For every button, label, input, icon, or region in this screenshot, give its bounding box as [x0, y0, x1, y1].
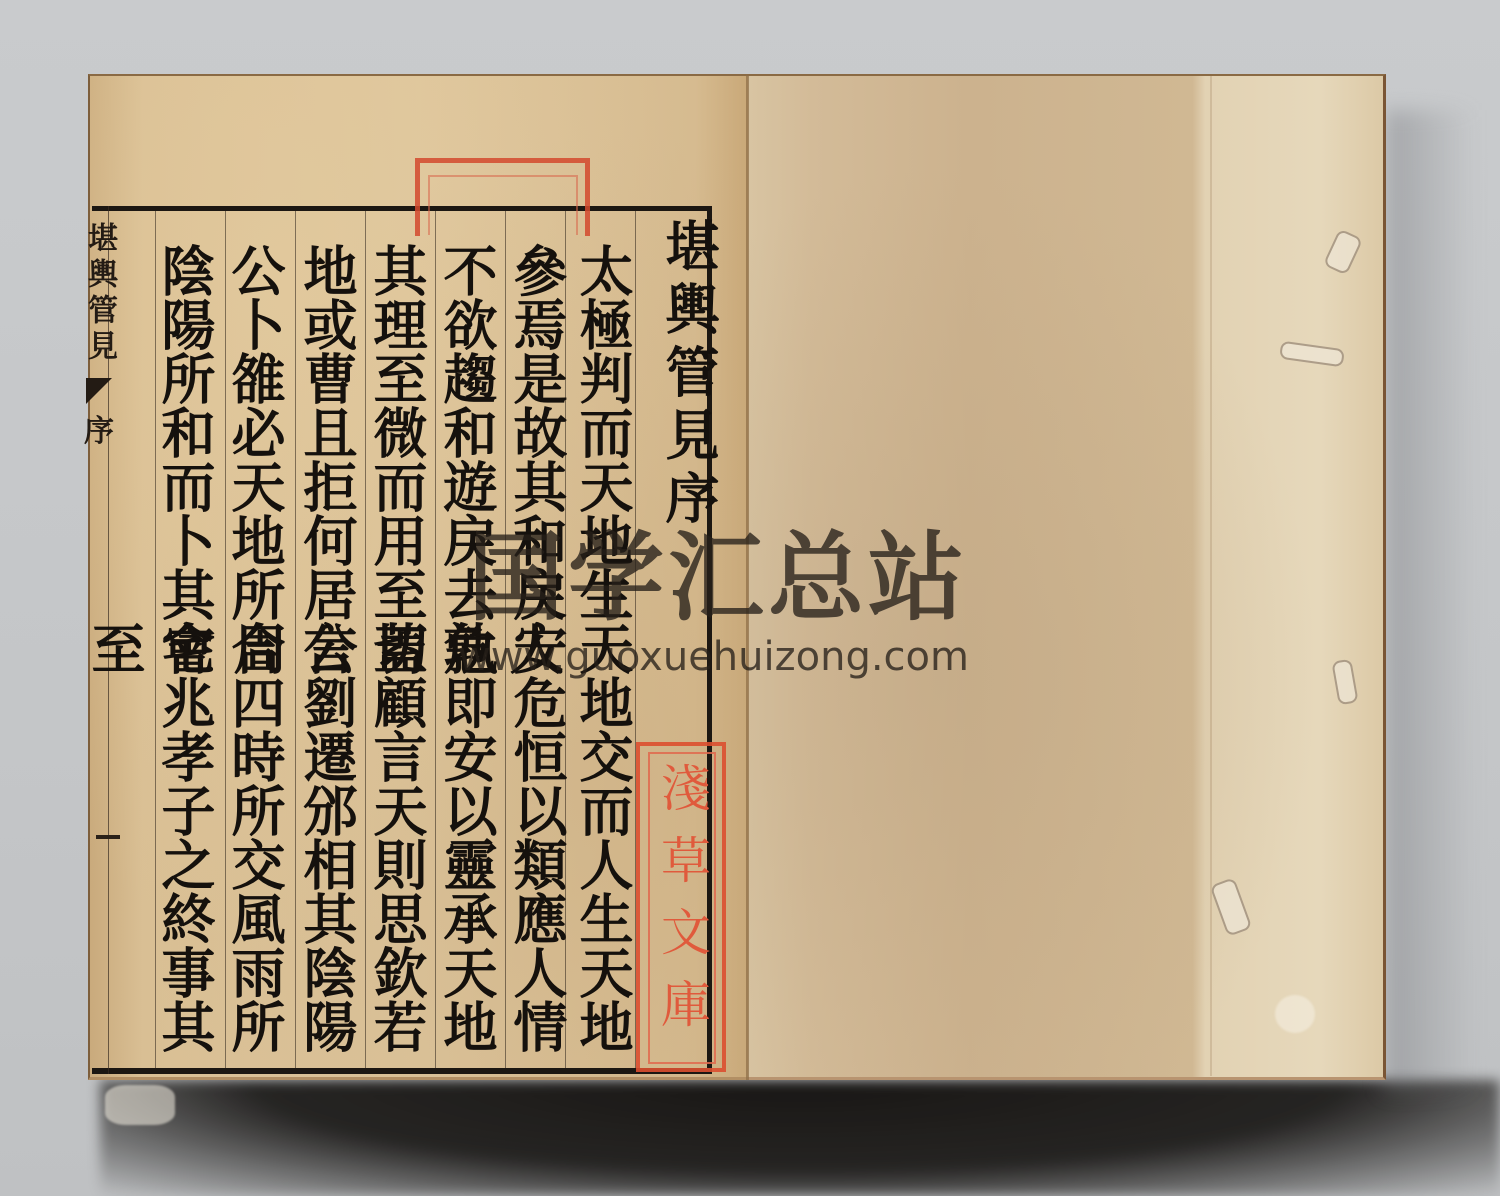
- column-text: 堪輿管見序: [650, 218, 720, 533]
- book-shadow-right: [1385, 110, 1475, 1090]
- watermark-url: www.guoxuehuizong.com: [458, 634, 1078, 680]
- column-text: 公卜雒必天地所合四時所交風雨所會: [220, 218, 290, 1078]
- column-text: 地或曹且拒何居公劉遷邠相其陰陽周: [292, 218, 362, 1078]
- endpaper-fold: [1210, 76, 1212, 1076]
- banxin-section: 序: [84, 412, 114, 452]
- text-column: 其理至微而用至切顧言天則思欽若言: [362, 218, 432, 1078]
- column-text: 其理至微而用至切顧言天則思欽若言: [362, 218, 432, 1078]
- fish-tail-mark-icon: [86, 378, 112, 404]
- text-column: 公卜雒必天地所合四時所交風雨所會: [220, 218, 290, 1078]
- text-column: 地或曹且拒何居公劉遷邠相其陰陽周: [292, 218, 362, 1078]
- library-seal-text: 淺草文庫: [650, 762, 714, 1050]
- banxin-title: 堪輿管見: [79, 222, 119, 366]
- column-text: 陰陽所和而卜其宅兆孝子之終事其至: [150, 218, 220, 1078]
- text-column: 陰陽所和而卜其宅兆孝子之終事其至: [150, 218, 220, 1078]
- banxin: 堪輿管見 序: [88, 222, 110, 452]
- watermark-title: 国学汇总站: [468, 502, 1068, 639]
- paper-wear: [1275, 995, 1315, 1033]
- paper-wear: [105, 1085, 175, 1125]
- book-shadow: [100, 1080, 1500, 1196]
- banxin-page-number: [96, 835, 120, 839]
- collector-seal-top-inner: [428, 175, 578, 235]
